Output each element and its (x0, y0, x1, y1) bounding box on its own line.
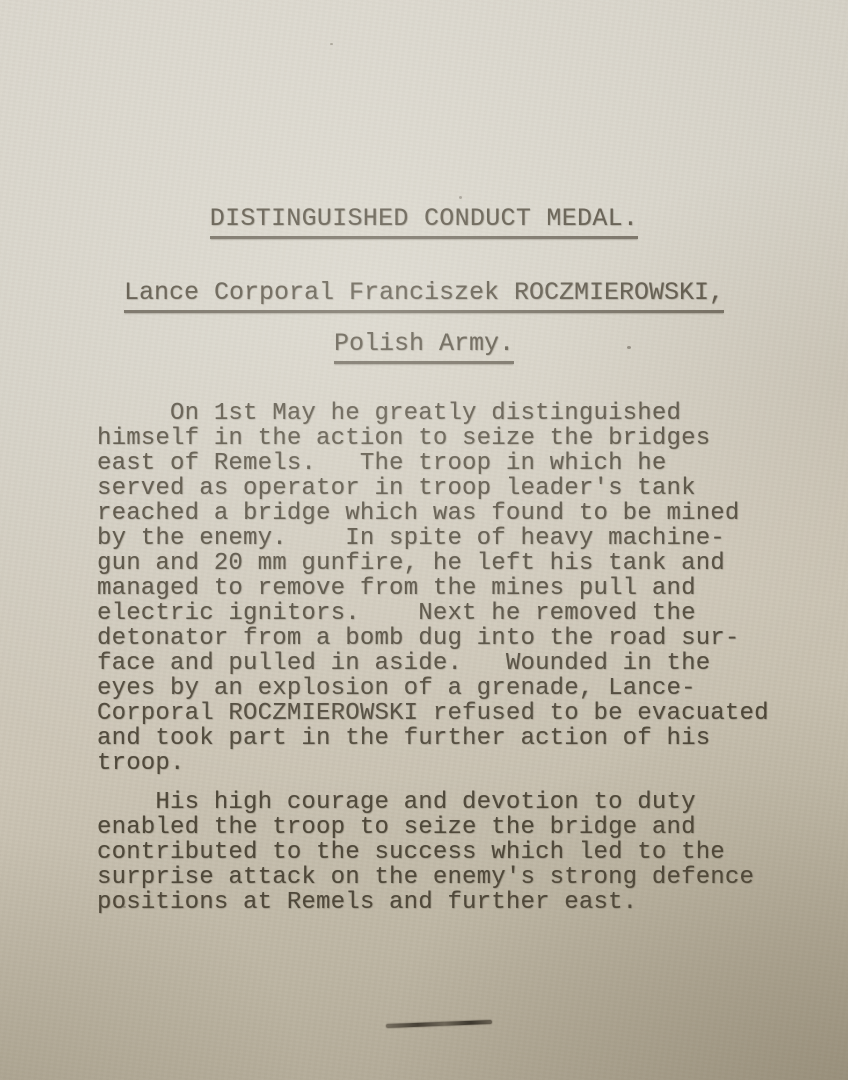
ink-layer: DISTINGUISHED CONDUCT MEDAL. Lance Corpo… (0, 0, 848, 1080)
citation-paragraph-1: On 1st May he greatly distinguished hims… (97, 401, 769, 776)
citation-paragraph-2: His high courage and devotion to duty en… (97, 790, 754, 915)
document-title-line: DISTINGUISHED CONDUCT MEDAL. (0, 206, 848, 239)
document-title: DISTINGUISHED CONDUCT MEDAL. (210, 206, 638, 239)
document-recipient-line: Lance Corporal Franciszek ROCZMIEROWSKI, (0, 280, 848, 313)
ink-dash-mark (386, 1020, 492, 1028)
paper-speck (459, 196, 462, 199)
paper-speck (123, 906, 126, 908)
paper-speck (627, 346, 631, 349)
typewritten-page: DISTINGUISHED CONDUCT MEDAL. Lance Corpo… (0, 0, 848, 1080)
document-unit-line: Polish Army. (0, 331, 848, 364)
document-recipient: Lance Corporal Franciszek ROCZMIEROWSKI, (124, 280, 724, 313)
paper-speck (330, 43, 333, 45)
document-unit: Polish Army. (334, 331, 514, 364)
